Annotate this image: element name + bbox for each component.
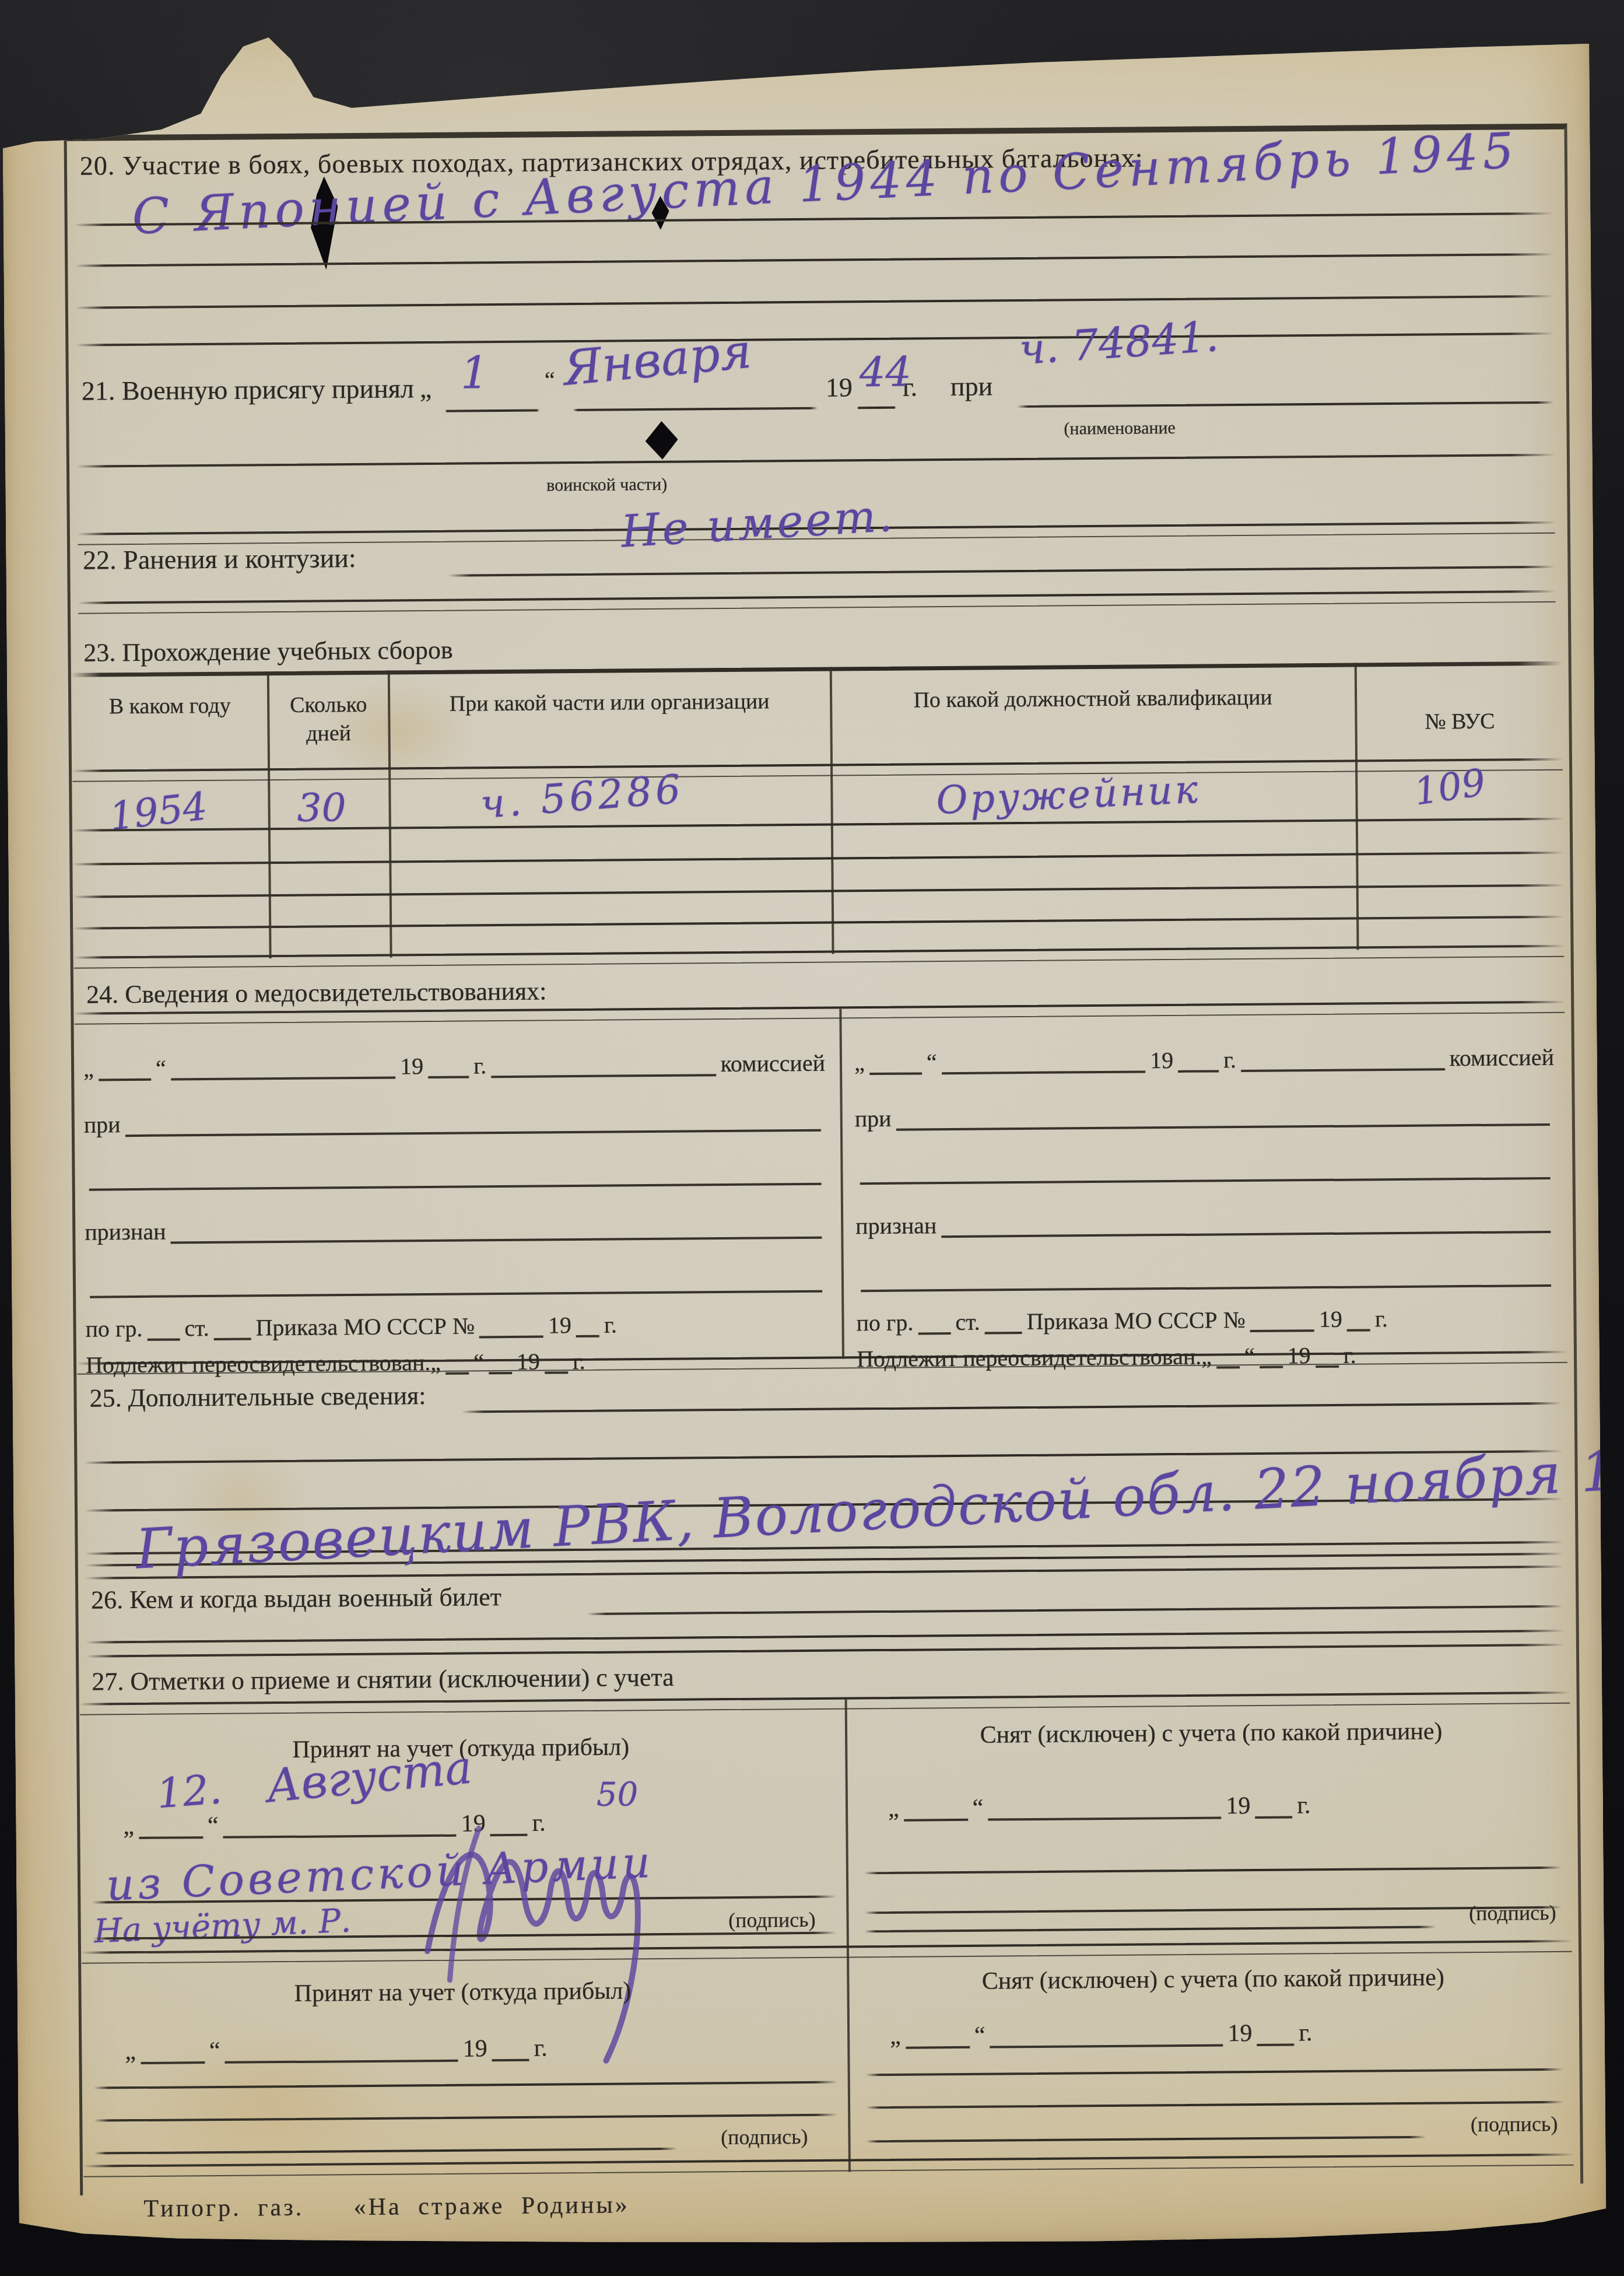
uchet-hw-day: 12. xyxy=(155,1765,223,1818)
form-frame: 20. Участие в боях, боевых походах, парт… xyxy=(64,124,1584,2196)
st-label: ст. xyxy=(184,1316,209,1340)
med-column-divider xyxy=(839,1009,844,1358)
rule-line xyxy=(867,2136,1426,2143)
caption-voinskoy-chasti: воинской части) xyxy=(546,475,667,496)
med-pri-row: при xyxy=(84,1106,826,1137)
quote-open: „ xyxy=(123,1813,134,1839)
quote-close: “ xyxy=(208,1813,219,1839)
blank-line xyxy=(545,1348,568,1374)
blank-line xyxy=(941,1207,1551,1238)
quote-close: “ xyxy=(209,2038,220,2064)
blank-line xyxy=(861,1261,1551,1292)
field-23-label: 23. Прохождение учебных сборов xyxy=(83,635,453,668)
uchet-cell-in-2: Принят на учет (откуда прибыл) „“19г. (п… xyxy=(89,1946,843,2165)
blank-line xyxy=(1257,2019,1294,2046)
med-priznan-row: признан xyxy=(85,1213,826,1245)
blank-line xyxy=(1255,1791,1292,1819)
rule-line xyxy=(865,1926,1436,1933)
table-column-line xyxy=(267,671,272,958)
blank-line xyxy=(170,1213,822,1244)
year-suffix: г. xyxy=(573,1349,585,1374)
order-label: Приказа МО СССР № xyxy=(1026,1308,1246,1334)
table-column-line xyxy=(1355,663,1359,950)
med-priznan-row: признан xyxy=(855,1207,1555,1238)
scanned-military-document: { "page": { "footer": "Типогр. газ. «На … xyxy=(0,0,1624,2276)
signature-caption: (подпись) xyxy=(1471,2112,1558,2137)
scan-background: 20. Участие в боях, боевых походах, парт… xyxy=(0,0,1624,2276)
rule-line xyxy=(866,2068,1563,2076)
med-blank-row xyxy=(84,1160,826,1191)
row-unit: ч. 56286 xyxy=(479,766,686,828)
cell-header-in: Принят на учет (откуда прибыл) xyxy=(113,1974,812,2011)
field-21-label: 21. Военную присягу принял xyxy=(82,373,414,406)
table-row-line xyxy=(73,916,1565,930)
field-21-day: 1 xyxy=(460,346,489,398)
blank-line xyxy=(906,2022,970,2049)
document-page: 20. Участие в боях, боевых походах, парт… xyxy=(2,16,1607,2252)
rule-line xyxy=(866,2101,1563,2109)
year-suffix: г. xyxy=(1344,1343,1356,1368)
year-suffix: г. xyxy=(1299,2020,1312,2046)
rule-line xyxy=(86,1630,1565,1644)
blank-line xyxy=(445,409,539,412)
table-row-line xyxy=(72,852,1564,866)
blank-line xyxy=(89,1160,821,1191)
rule-line xyxy=(75,253,1553,267)
field-22-label: 22. Ранения и контузии: xyxy=(83,542,356,576)
quote-open: „ xyxy=(125,2039,136,2064)
year-suffix: г. xyxy=(1297,1792,1310,1818)
med-blank-row xyxy=(855,1154,1555,1185)
quote-close: “ xyxy=(545,366,555,393)
quote-open: „ xyxy=(888,1796,899,1822)
quote-close: “ xyxy=(473,1350,484,1374)
blank-line xyxy=(213,1314,251,1340)
blank-line xyxy=(1260,1343,1283,1368)
order-label: Приказа МО СССР № xyxy=(255,1314,475,1340)
blank-line xyxy=(225,2035,458,2064)
year-suffix: г. xyxy=(473,1053,486,1078)
rule-line xyxy=(86,1644,1565,1658)
uchet-date-row: „“19г. xyxy=(890,2017,1562,2049)
uchet-column-divider xyxy=(845,1699,851,2172)
blank-line xyxy=(479,1312,543,1339)
med-blank-row xyxy=(856,1261,1556,1292)
field-26-label: 26. Кем и когда выдан военный билет xyxy=(91,1582,501,1615)
year-prefix: 19 xyxy=(1150,1048,1173,1073)
quote-close: “ xyxy=(973,1795,984,1821)
blank-line xyxy=(1241,1045,1445,1072)
year-prefix: 19 xyxy=(462,2036,487,2061)
priznan-label: признан xyxy=(855,1213,937,1238)
blank-line xyxy=(988,1792,1221,1820)
st-label: ст. xyxy=(955,1310,980,1335)
blank-line xyxy=(869,1049,922,1075)
med-date-row: „“19г.комиссией xyxy=(854,1044,1554,1075)
col-header-year: В каком году xyxy=(76,691,264,722)
blank-line xyxy=(1178,1046,1219,1073)
po-gr-label: по гр. xyxy=(856,1311,913,1336)
quote-close: “ xyxy=(1244,1344,1255,1368)
table-header-separator xyxy=(72,758,1563,772)
blank-line xyxy=(446,1349,469,1375)
commission-label: комиссией xyxy=(720,1051,825,1076)
blank-line xyxy=(462,1402,1562,1413)
blank-line xyxy=(448,566,1555,577)
year-prefix: 19 xyxy=(1226,1793,1250,1819)
blank-line xyxy=(170,1053,395,1081)
blank-line xyxy=(860,1154,1550,1185)
blank-line xyxy=(1347,1305,1370,1331)
field-20-entry: С Японией с Августа 1944 по Сентябрь 194… xyxy=(131,122,1520,246)
med-date-row: „“19г.комиссией xyxy=(83,1050,825,1081)
quote-close: “ xyxy=(974,2023,985,2049)
blank-line xyxy=(576,1312,599,1337)
uchet-cell-in-1: Принят на учет (откуда прибыл) „“19г. 12… xyxy=(87,1697,841,1952)
year-suffix: г. xyxy=(1223,1048,1236,1072)
med-column-left: „“19г.комиссией при признан по гр.ст.При… xyxy=(83,1018,833,1363)
pri-label: при xyxy=(84,1112,121,1137)
blank-line xyxy=(896,1100,1549,1131)
blank-line xyxy=(857,407,896,409)
field-27-label: 27. Отметки о приеме и снятии (исключени… xyxy=(92,1662,674,1697)
cell-header-out: Снят (исключен) с учета (по какой причин… xyxy=(866,1961,1560,1998)
quote-open: „ xyxy=(83,1057,94,1081)
blank-line xyxy=(587,1605,1563,1615)
year-prefix: 19 xyxy=(1227,2021,1252,2046)
blank-line xyxy=(489,1349,512,1374)
blank-line xyxy=(125,1106,820,1137)
pri-label: при xyxy=(950,370,993,402)
blank-line xyxy=(918,1309,950,1335)
table-column-line xyxy=(388,671,392,958)
field-22-entry: Не имеет. xyxy=(620,489,896,558)
med-pri-row: при xyxy=(855,1100,1555,1131)
med-column-right: „“19г.комиссией при признан по гр.ст.При… xyxy=(854,1013,1562,1356)
quote-open: „ xyxy=(854,1051,865,1075)
rule-line xyxy=(94,2114,838,2122)
resurvey-label: Подлежит переосвидетельствован. xyxy=(86,1350,431,1378)
col-header-spec: По какой должностной квалификации xyxy=(834,683,1351,716)
uchet-date-row: „“19г. xyxy=(888,1790,1560,1822)
blank-line xyxy=(941,1047,1145,1074)
po-gr-label: по гр. xyxy=(85,1316,142,1342)
blank-line xyxy=(1316,1342,1339,1368)
year-suffix: г. xyxy=(534,2035,547,2061)
year-prefix: 19 xyxy=(548,1313,571,1337)
year-prefix: 19 xyxy=(1319,1307,1342,1332)
med-order-row: по гр.ст.Приказа МО СССР №19г. xyxy=(856,1304,1556,1335)
year-prefix: 19 xyxy=(826,372,853,402)
blank-line xyxy=(573,407,818,411)
uchet-cell-out-2: Снят (исключен) с учета (по какой причин… xyxy=(860,1940,1572,2159)
blank-line xyxy=(1250,1306,1314,1332)
table-row-line xyxy=(72,818,1564,832)
quote-open: „ xyxy=(430,1350,441,1375)
signature-caption: (подпись) xyxy=(728,1907,816,1932)
table-row-line xyxy=(73,884,1565,898)
col-header-vus: № ВУС xyxy=(1359,707,1560,737)
rule-line xyxy=(76,454,1555,468)
uchet-date-row: „“19г. xyxy=(125,2032,833,2065)
year-suffix: г. xyxy=(1375,1307,1388,1331)
blank-line xyxy=(1216,1343,1240,1368)
blank-line xyxy=(90,1267,822,1298)
blank-line xyxy=(99,1055,151,1081)
quote-close: “ xyxy=(156,1056,166,1081)
rule-line xyxy=(75,295,1554,309)
year-prefix: 19 xyxy=(1288,1343,1311,1368)
uchet-cell-out-1: Снят (исключен) с учета (по какой причин… xyxy=(858,1692,1570,1946)
med-resurvey-row: Подлежит переосвидетельствован.„“19г. xyxy=(86,1346,827,1378)
rule-line xyxy=(864,1906,1562,1914)
blank-line xyxy=(904,1794,968,1822)
resurvey-label: Подлежит переосвидетельствован. xyxy=(857,1344,1202,1372)
rule-line xyxy=(94,2148,678,2155)
quote-open: „ xyxy=(1201,1344,1212,1369)
quote-open: „ xyxy=(420,373,432,404)
blank-line xyxy=(147,1315,180,1340)
row-vus: 109 xyxy=(1412,761,1489,814)
med-resurvey-row: Подлежит переосвидетельствован.„“19г. xyxy=(857,1340,1556,1371)
field-24-label: 24. Сведения о медосвидетельствованиях: xyxy=(86,976,547,1009)
field-21-unit: ч. 74841. xyxy=(1018,311,1220,374)
blank-line xyxy=(141,2037,205,2064)
blank-line xyxy=(428,1053,469,1079)
table-column-line xyxy=(830,667,834,954)
year-prefix: 19 xyxy=(517,1350,540,1374)
med-order-row: по гр.ст.Приказа МО СССР №19г. xyxy=(85,1310,827,1342)
med-blank-row xyxy=(85,1267,827,1298)
signature-caption: (подпись) xyxy=(1469,1900,1556,1925)
caption-naimenovanie: (наименование xyxy=(1064,418,1176,439)
rule-line xyxy=(864,1867,1562,1874)
year-prefix: 19 xyxy=(400,1054,423,1079)
printer-imprint: Типогр. газ. «На страже Родины» xyxy=(143,2191,629,2223)
field-21-year: 44 xyxy=(859,348,911,397)
col-header-days: Сколько дней xyxy=(272,691,385,749)
quote-open: „ xyxy=(890,2023,901,2049)
blank-line xyxy=(492,2035,529,2062)
table-border xyxy=(73,945,1565,959)
year-suffix: г. xyxy=(604,1313,617,1337)
row-days: 30 xyxy=(297,785,346,831)
signature-caption: (подпись) xyxy=(721,2124,808,2149)
col-header-unit: При какой части или организации xyxy=(392,687,826,719)
cell-header-out: Снят (исключен) с учета (по какой причин… xyxy=(864,1715,1558,1752)
priznan-label: признан xyxy=(85,1220,166,1245)
rule-line xyxy=(75,332,1554,346)
pri-label: при xyxy=(855,1107,892,1131)
row-spec: Оружейник xyxy=(935,767,1201,823)
commission-label: комиссией xyxy=(1449,1045,1554,1070)
blank-line xyxy=(990,2019,1223,2048)
field-25-label: 25. Дополнительные сведения: xyxy=(89,1381,426,1413)
blank-line xyxy=(1017,401,1553,408)
field-21-month: Января xyxy=(561,324,754,397)
blank-line xyxy=(491,1051,716,1078)
rule-line xyxy=(94,2081,838,2089)
rule-line xyxy=(78,590,1556,604)
quote-close: “ xyxy=(927,1050,937,1074)
blank-line xyxy=(984,1308,1022,1335)
